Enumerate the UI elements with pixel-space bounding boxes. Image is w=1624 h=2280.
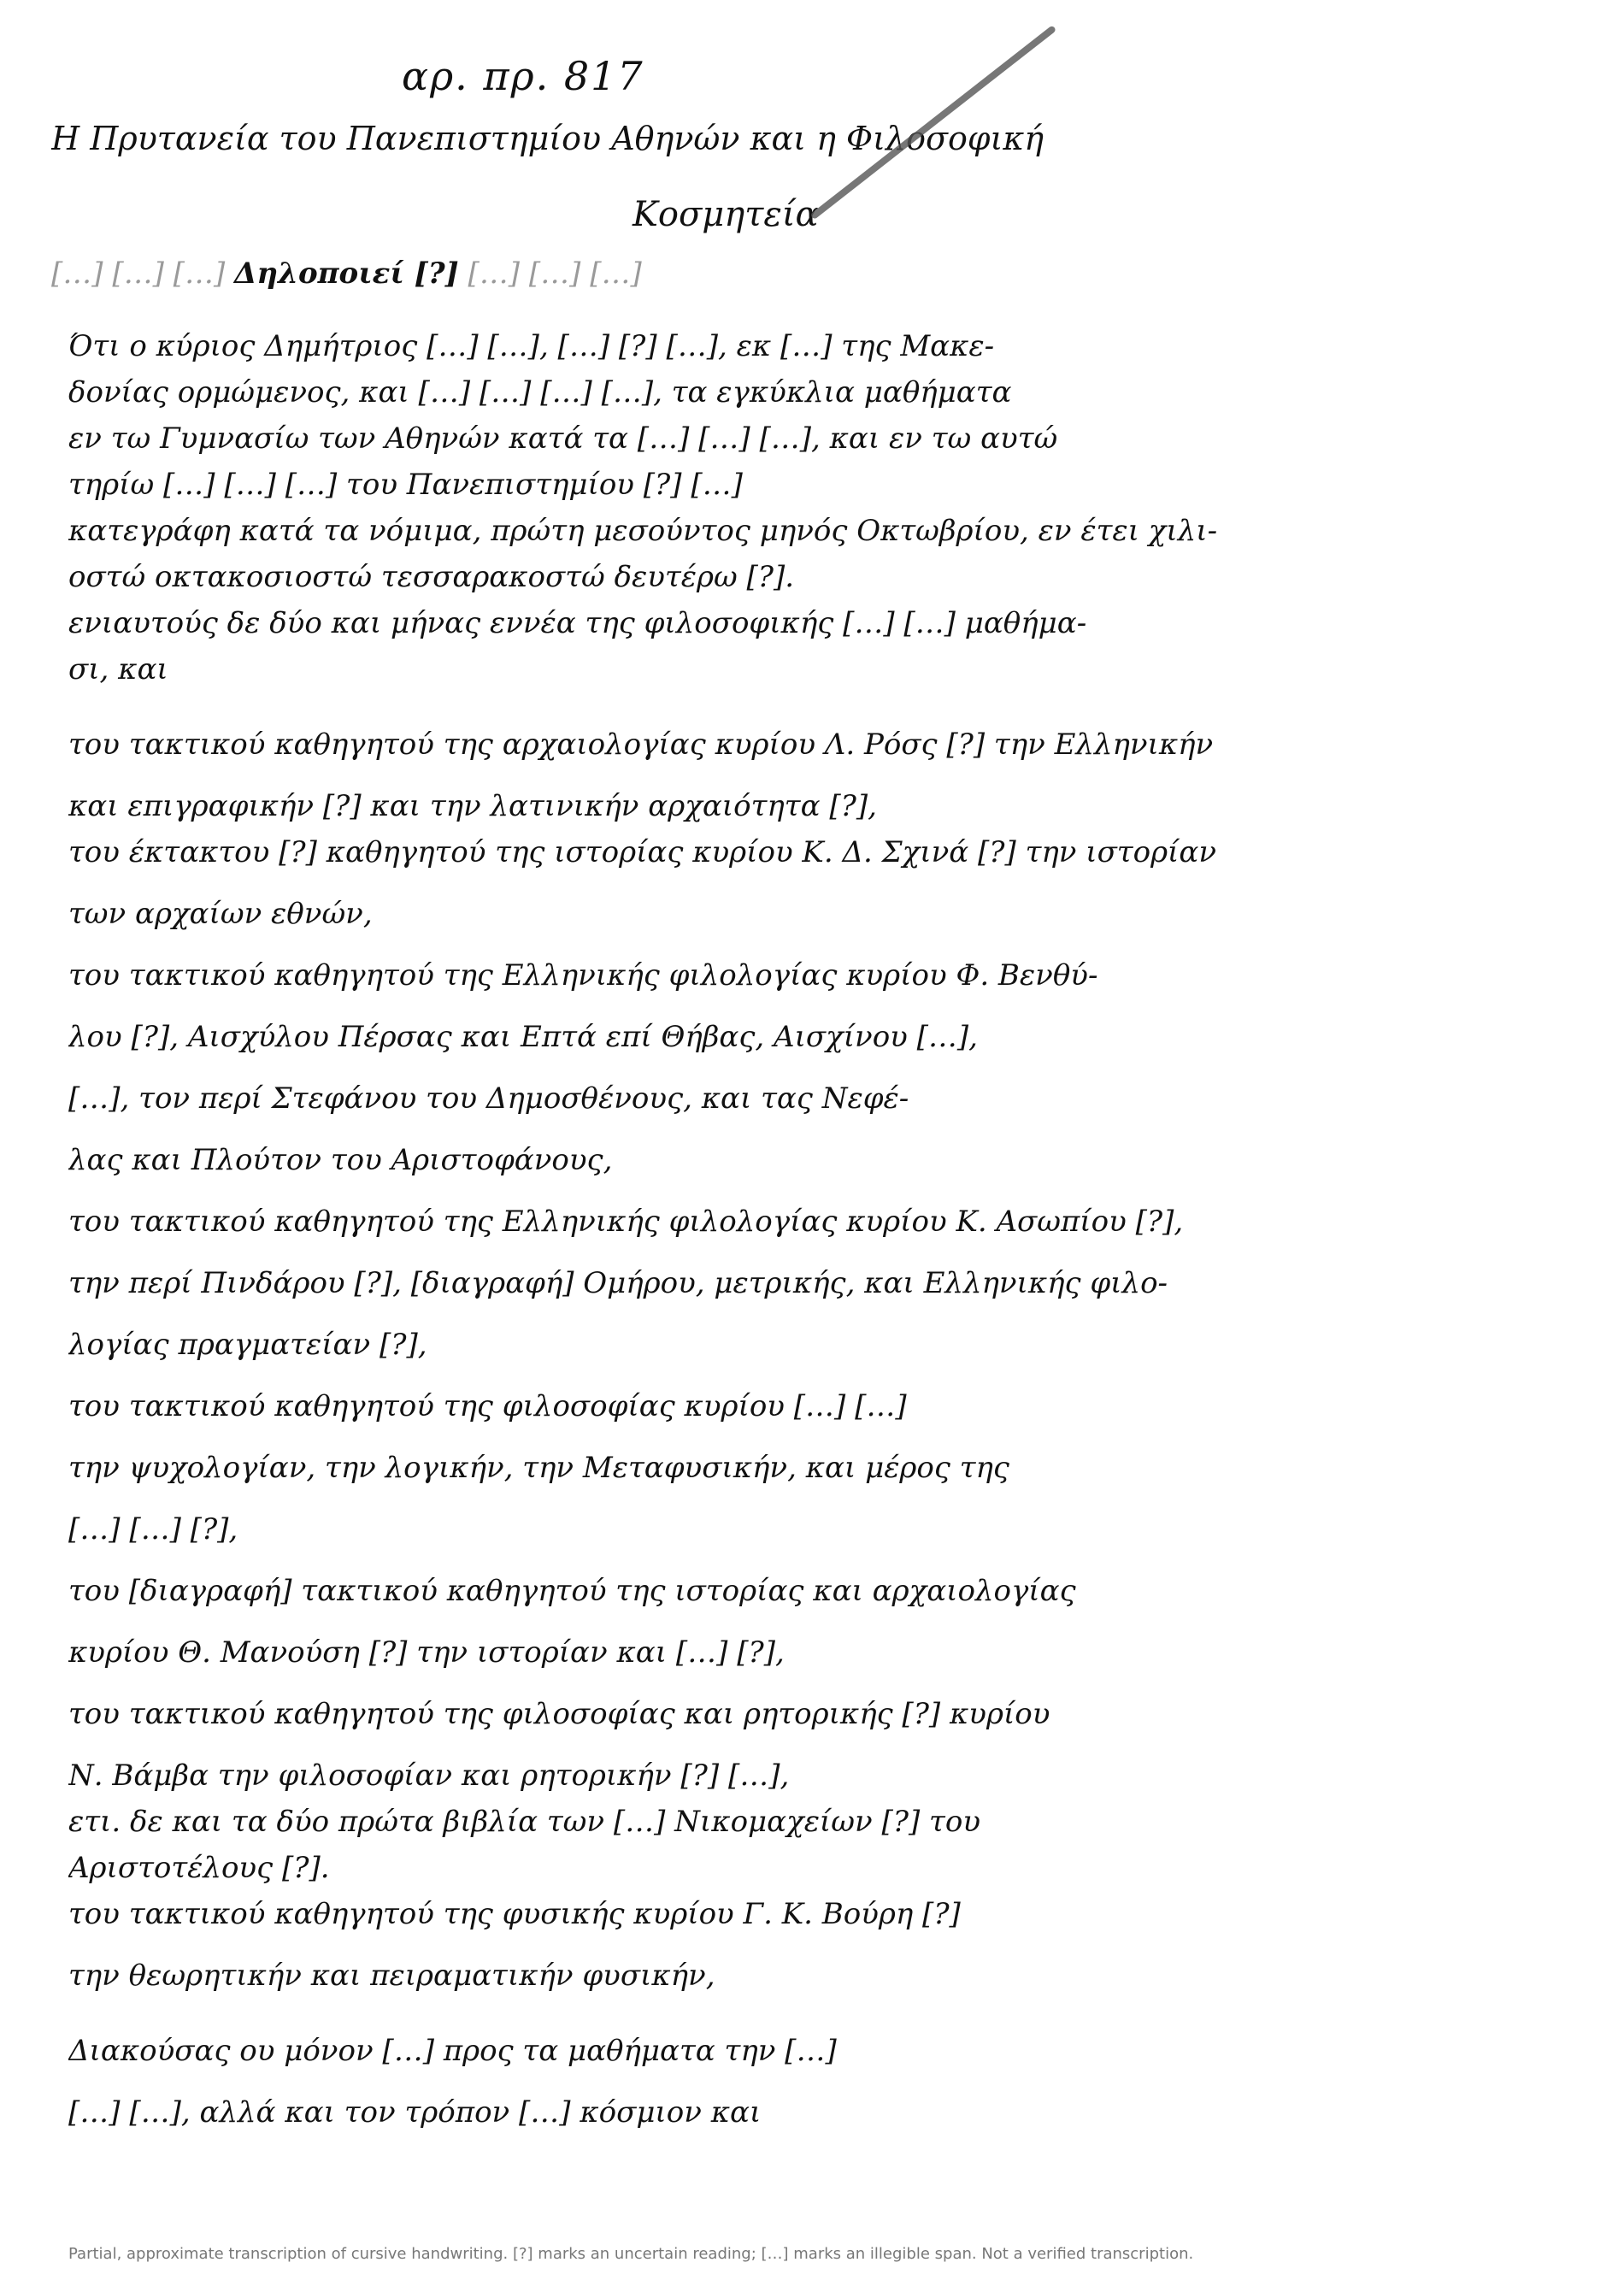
body-line: και επιγραφικήν [?] και την λατινικήν αρ… (68, 783, 1573, 829)
body-line: […], τον περί Στεφάνου του Δημοσθένους, … (68, 1075, 1573, 1122)
body-line: τηρίω […] […] […] του Πανεπιστημίου [?] … (68, 462, 1573, 508)
body-line: λογίας πραγματείαν [?], (68, 1322, 1573, 1368)
body-line: κυρίου Θ. Μανούση [?] την ιστορίαν και [… (68, 1629, 1573, 1676)
document-page: αρ. πρ. 817 Η Πρυτανεία του Πανεπιστημίο… (0, 0, 1624, 2280)
body-line: του τακτικού καθηγητού της Ελληνικής φιλ… (68, 952, 1573, 999)
body-line: οστώ οκτακοσιοστώ τεσσαρακοστώ δευτέρω [… (68, 554, 1573, 600)
body-line: λας και Πλούτον του Αριστοφάνους, (68, 1137, 1573, 1183)
body-line: Αριστοτέλους [?]. (68, 1845, 1573, 1891)
body-line: των αρχαίων εθνών, (68, 891, 1573, 937)
body-line: σι, και (68, 646, 1573, 692)
body-line: του τακτικού καθηγητού της Ελληνικής φιλ… (68, 1199, 1573, 1245)
faculty-title: Κοσμητεία (633, 195, 819, 234)
body-line: του τακτικού καθηγητού της φυσικής κυρίο… (68, 1891, 1573, 1937)
body-line: κατεγράφη κατά τα νόμιμα, πρώτη μεσούντο… (68, 508, 1573, 554)
body-line: την περί Πινδάρου [?], [διαγραφή] Ομήρου… (68, 1260, 1573, 1306)
body-line: του [διαγραφή] τακτικού καθηγητού της ισ… (68, 1568, 1573, 1614)
document-heading: Η Πρυτανεία του Πανεπιστημίου Αθηνών και… (51, 120, 1573, 157)
declaration-word: Δηλοποιεί [?] (234, 256, 459, 291)
faint-text-before: […] […] […] (51, 256, 225, 291)
reference-number: αρ. πρ. 817 (402, 53, 644, 99)
body-line: δονίας ορμώμενος, και […] […] […] […], τ… (68, 369, 1573, 415)
faint-header-line: […] […] […] Δηλοποιεί [?] […] […] […] (51, 256, 1573, 291)
body-line: του έκτακτου [?] καθηγητού της ιστορίας … (68, 829, 1573, 875)
body-line: Διακούσας ου μόνον […] προς τα μαθήματα … (68, 2028, 1573, 2074)
body-line: Ότι ο κύριος Δημήτριος […] […], […] [?] … (68, 323, 1573, 369)
body-line: την θεωρητικήν και πειραματικήν φυσικήν, (68, 1953, 1573, 1999)
body-line: του τακτικού καθηγητού της αρχαιολογίας … (68, 722, 1573, 768)
body-line: ενιαυτούς δε δύο και μήνας εννέα της φιλ… (68, 600, 1573, 646)
body-line: […] […] [?], (68, 1506, 1573, 1552)
faint-text-after: […] […] […] (468, 256, 642, 291)
body-line: εν τω Γυμνασίω των Αθηνών κατά τα […] […… (68, 415, 1573, 462)
body-line: λου [?], Αισχύλου Πέρσας και Επτά επί Θή… (68, 1014, 1573, 1060)
body-line: Ν. Βάμβα την φιλοσοφίαν και ρητορικήν [?… (68, 1753, 1573, 1799)
body-line: την ψυχολογίαν, την λογικήν, την Μεταφυσ… (68, 1445, 1573, 1491)
body-text: Ότι ο κύριος Δημήτριος […] […], […] [?] … (68, 323, 1573, 2136)
body-line: του τακτικού καθηγητού της φιλοσοφίας κυ… (68, 1383, 1573, 1429)
body-line: ετι. δε και τα δύο πρώτα βιβλία των […] … (68, 1799, 1573, 1845)
transcription-note: Partial, approximate transcription of cu… (68, 2245, 1573, 2263)
body-line: […] […], αλλά και τον τρόπον […] κόσμιον… (68, 2089, 1573, 2136)
body-line: του τακτικού καθηγητού της φιλοσοφίας κα… (68, 1691, 1573, 1737)
